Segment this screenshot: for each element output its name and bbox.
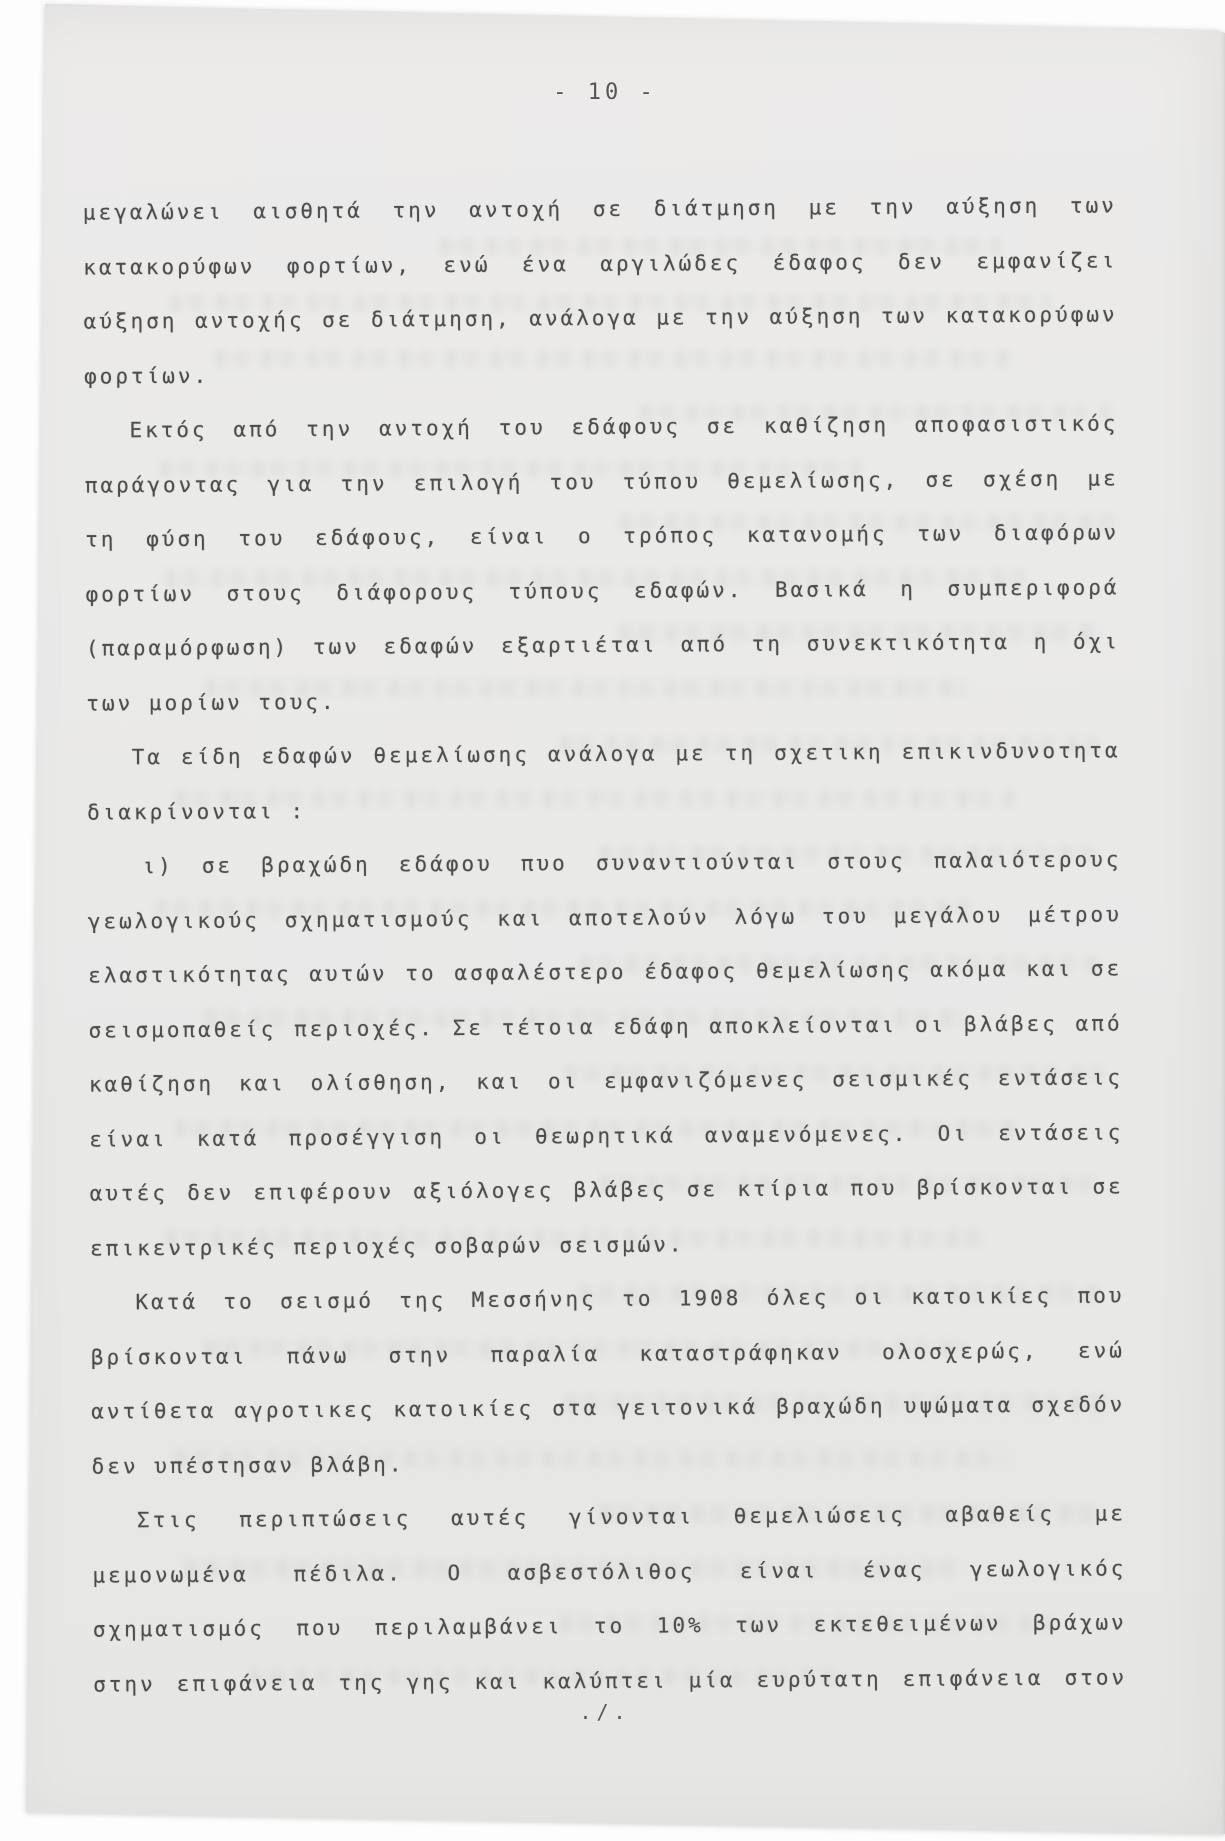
text-line: των μορίων τους. <box>86 669 1120 731</box>
text-line: επικεντρικές περιοχές σοβαρών σεισμών. <box>90 1214 1124 1276</box>
page-text-block: μεγαλώνει αισθητά την αντοχή σε διάτμηση… <box>83 178 1128 1711</box>
text-line: Κατά το σεισμό της Μεσσήνης το 1908 όλες… <box>90 1268 1124 1330</box>
text-line: γεωλογικούς σχηματισμούς και αποτελούν λ… <box>88 887 1122 949</box>
text-line: αύξηση αντοχής σε διάτμηση, ανάλογα με τ… <box>83 287 1117 349</box>
text-line: τη φύση του εδάφους, είναι ο τρόπος κατα… <box>85 505 1119 567</box>
text-line: βρίσκονται πάνω στην παραλία καταστράφηκ… <box>91 1323 1125 1385</box>
text-line: παράγοντας για την επιλογή του τύπου θεμ… <box>85 451 1119 513</box>
text-line: σχηματισμός που περιλαμβάνει το 10% των … <box>93 1595 1127 1657</box>
text-line: φορτίων στους διάφορους τύπους εδαφών. Β… <box>85 560 1119 622</box>
text-line: Τα είδη εδαφών θεμελίωσης ανάλογα με τη … <box>86 723 1120 785</box>
text-line: Εκτός από την αντοχή του εδάφους σε καθί… <box>84 396 1118 458</box>
text-line: διακρίνονται : <box>87 778 1121 840</box>
text-line: φορτίων. <box>84 342 1118 404</box>
scanned-page: - 10 - μεγαλώνει αισθητά την αντοχή σε δ… <box>0 0 1225 1841</box>
text-line: είναι κατά προσέγγιση οι θεωρητικά αναμε… <box>89 1105 1123 1167</box>
text-line: (παραμόρφωση) των εδαφών εξαρτιέται από … <box>86 614 1120 676</box>
text-line: ι) σε βραχώδη εδάφου πυο συναντιούνται σ… <box>87 832 1121 894</box>
text-line: μεμονωμένα πέδιλα. Ο ασβεστόλιθος είναι … <box>92 1541 1126 1603</box>
text-line: Στις περιπτώσεις αυτές γίνονται θεμελιώσ… <box>92 1486 1126 1548</box>
text-line: δεν υπέστησαν βλάβη. <box>91 1432 1125 1494</box>
text-line: κατακορύφων φορτίων, ενώ ένα αργιλώδες έ… <box>83 233 1117 295</box>
text-line: ελαστικότητας αυτών το ασφαλέστερο έδαφο… <box>88 941 1122 1003</box>
paper-sheet: - 10 - μεγαλώνει αισθητά την αντοχή σε δ… <box>0 0 1225 1841</box>
text-line: μεγαλώνει αισθητά την αντοχή σε διάτμηση… <box>83 178 1117 240</box>
continuation-mark: ./. <box>88 1700 1122 1724</box>
text-line: καθίζηση και ολίσθηση, και οι εμφανιζόμε… <box>89 1050 1123 1112</box>
text-line: αντίθετα αγροτικες κατοικίες στα γειτονι… <box>91 1377 1125 1439</box>
page-number: - 10 - <box>88 80 1122 105</box>
text-line: αυτές δεν επιφέρουν αξιόλογες βλάβες σε … <box>90 1159 1124 1221</box>
text-line: σεισμοπαθείς περιοχές. Σε τέτοια εδάφη α… <box>88 996 1122 1058</box>
